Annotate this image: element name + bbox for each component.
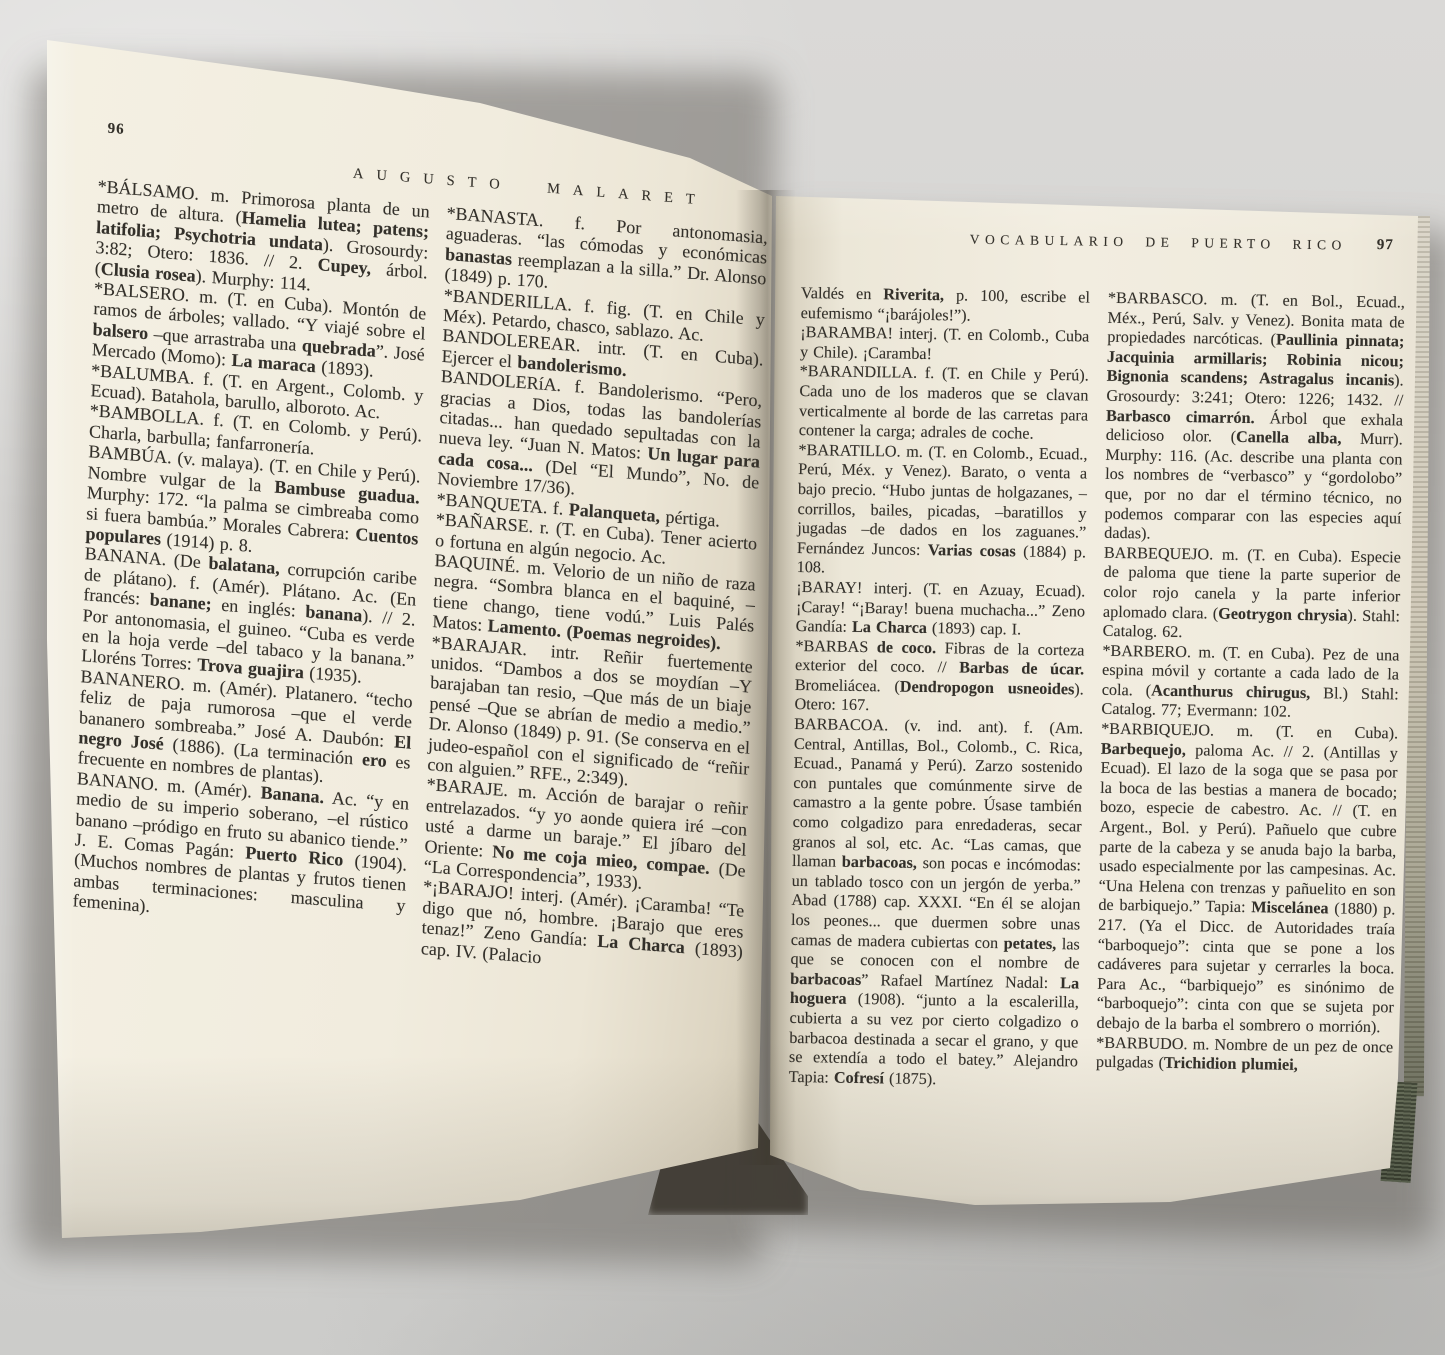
page-right-content: VOCABULARIO DE PUERTO RICO 97 Valdés en …	[789, 228, 1406, 1097]
dictionary-entry: BANDOLERíA. f. Bandolerismo. “Pero, grac…	[437, 366, 762, 513]
text-column: Valdés en Riverita, p. 100, escribe el e…	[789, 284, 1091, 1092]
page-number-right: 97	[1377, 237, 1394, 254]
page-right-header: VOCABULARIO DE PUERTO RICO 97	[802, 228, 1406, 261]
dictionary-entry: ¡BARAY! interj. (T. en Azuay, Ecuad). ¡C…	[796, 578, 1086, 641]
dictionary-entry: BANANO. m. (Amér). Banana. Ac. “y en med…	[72, 768, 409, 936]
text-column: *BARBASCO. m. (T. en Bol., Ecuad., Méx.,…	[1095, 289, 1405, 1097]
dictionary-entry: *BARBASCO. m. (T. en Bol., Ecuad., Méx.,…	[1104, 289, 1405, 548]
dictionary-entry: *BARBERO. m. (T. en Cuba). Pez de una es…	[1101, 641, 1399, 724]
page-right: VOCABULARIO DE PUERTO RICO 97 Valdés en …	[760, 180, 1445, 1225]
dictionary-entry: *BARBIQUEJO. m. (T. en Cuba). Barbequejo…	[1096, 720, 1398, 1038]
page-right-columns: Valdés en Riverita, p. 100, escribe el e…	[789, 284, 1406, 1097]
dictionary-entry: *BARBUDO. m. Nombre de un pez de once pu…	[1096, 1033, 1394, 1077]
dictionary-entry: *BARANDILLA. f. (T. en Chile y Perú). Ca…	[799, 362, 1089, 445]
dictionary-entry: *BARAJAR. intr. Reñir fuertemente unidos…	[427, 632, 753, 800]
dictionary-entry: BARBACOA. (v. ind. ant). f. (Am. Central…	[789, 715, 1084, 1092]
dictionary-entry: ¡BARAMBA! interj. (T. en Colomb., Cuba y…	[800, 323, 1090, 367]
dictionary-entry: Valdés en Riverita, p. 100, escribe el e…	[801, 284, 1091, 328]
text-column: *BÁLSAMO. m. Primorosa planta de un metr…	[72, 176, 430, 957]
dictionary-entry: *BARBAS de coco. Fibras de la corteza ex…	[794, 637, 1084, 720]
dictionary-entry: *BARATILLO. m. (T. en Colomb., Ecuad., P…	[797, 441, 1088, 583]
dictionary-entry: BARBEQUEJO. m. (T. en Cuba). Especie de …	[1103, 544, 1402, 647]
text-column: *BANASTA. f. Por antonomasia, aguaderas.…	[421, 203, 768, 983]
page-left-columns: *BÁLSAMO. m. Primorosa planta de un metr…	[72, 176, 768, 983]
running-head-right: VOCABULARIO DE PUERTO RICO	[970, 232, 1347, 254]
page-left-content: 96 AUGUSTO MALARET *BÁLSAMO. m. Primoros…	[72, 120, 770, 983]
page-left: 96 AUGUSTO MALARET *BÁLSAMO. m. Primoros…	[40, 35, 780, 1250]
page-number-left: 96	[107, 121, 125, 139]
